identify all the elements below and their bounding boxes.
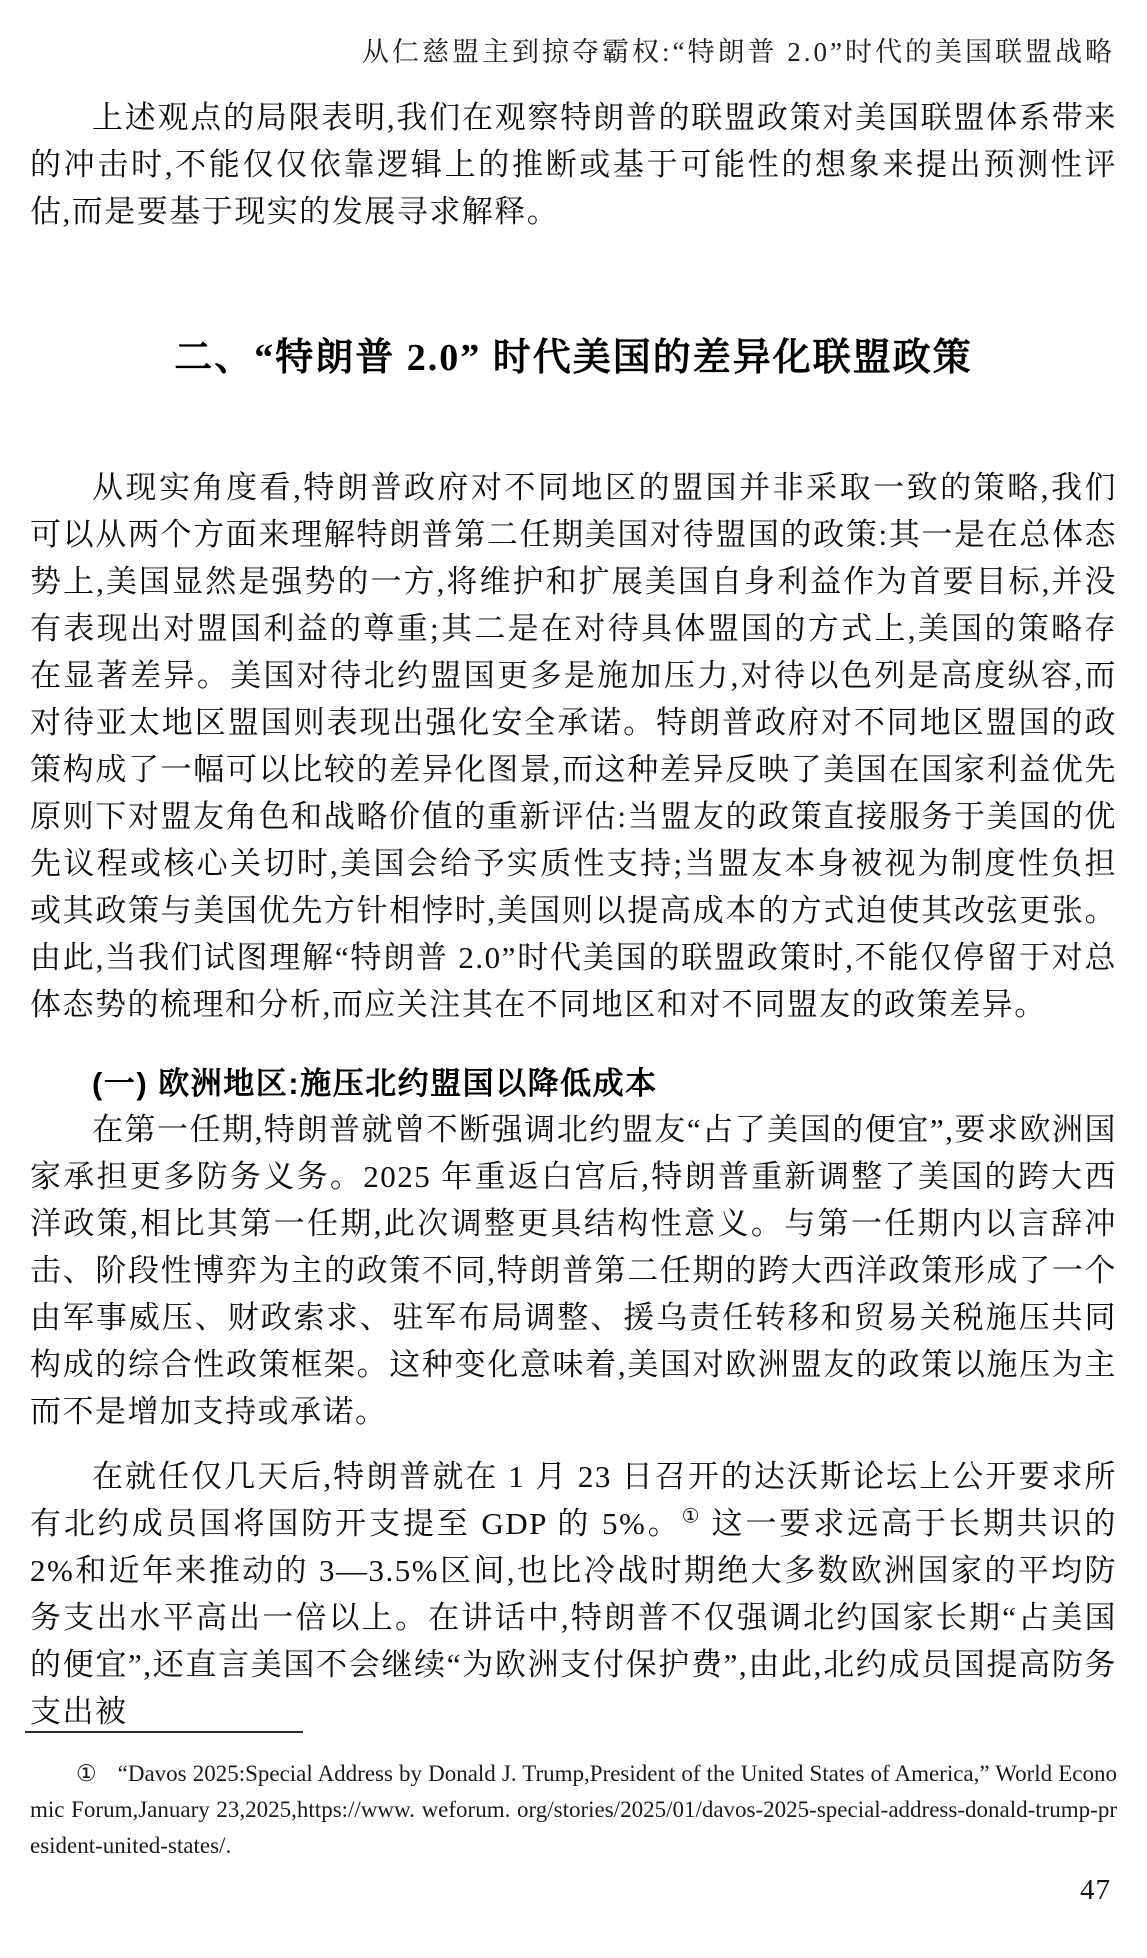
- paragraph-europe: 在第一任期,特朗普就曾不断强调北约盟友“占了美国的便宜”,要求欧洲国家承担更多防…: [30, 1106, 1117, 1435]
- paragraph-davos: 在就任仅几天后,特朗普就在 1 月 23 日召开的达沃斯论坛上公开要求所有北约成…: [30, 1453, 1117, 1735]
- paragraph-intro: 上述观点的局限表明,我们在观察特朗普的联盟政策对美国联盟体系带来的冲击时,不能仅…: [30, 94, 1117, 235]
- document-page: 从仁慈盟主到掠夺霸权:“特朗普 2.0”时代的美国联盟战略 上述观点的局限表明,…: [0, 0, 1147, 1958]
- footnote-divider-rule: [25, 1731, 303, 1733]
- page-number: 47: [1080, 1874, 1111, 1907]
- subsection-heading: (一) 欧洲地区:施压北约盟国以降低成本: [30, 1058, 1117, 1103]
- footnote-text: “Davos 2025:Special Address by Donald J.…: [30, 1761, 1117, 1858]
- running-header: 从仁慈盟主到掠夺霸权:“特朗普 2.0”时代的美国联盟战略: [32, 30, 1115, 69]
- footnote-reference-marker: ①: [682, 1506, 701, 1528]
- footnote-marker: ①: [76, 1761, 97, 1786]
- paragraph-overview: 从现实角度看,特朗普政府对不同地区的盟国并非采取一致的策略,我们可以从两个方面来…: [30, 464, 1117, 1028]
- footnote: ①“Davos 2025:Special Address by Donald J…: [30, 1756, 1117, 1864]
- section-heading: 二、“特朗普 2.0” 时代美国的差异化联盟政策: [0, 326, 1147, 381]
